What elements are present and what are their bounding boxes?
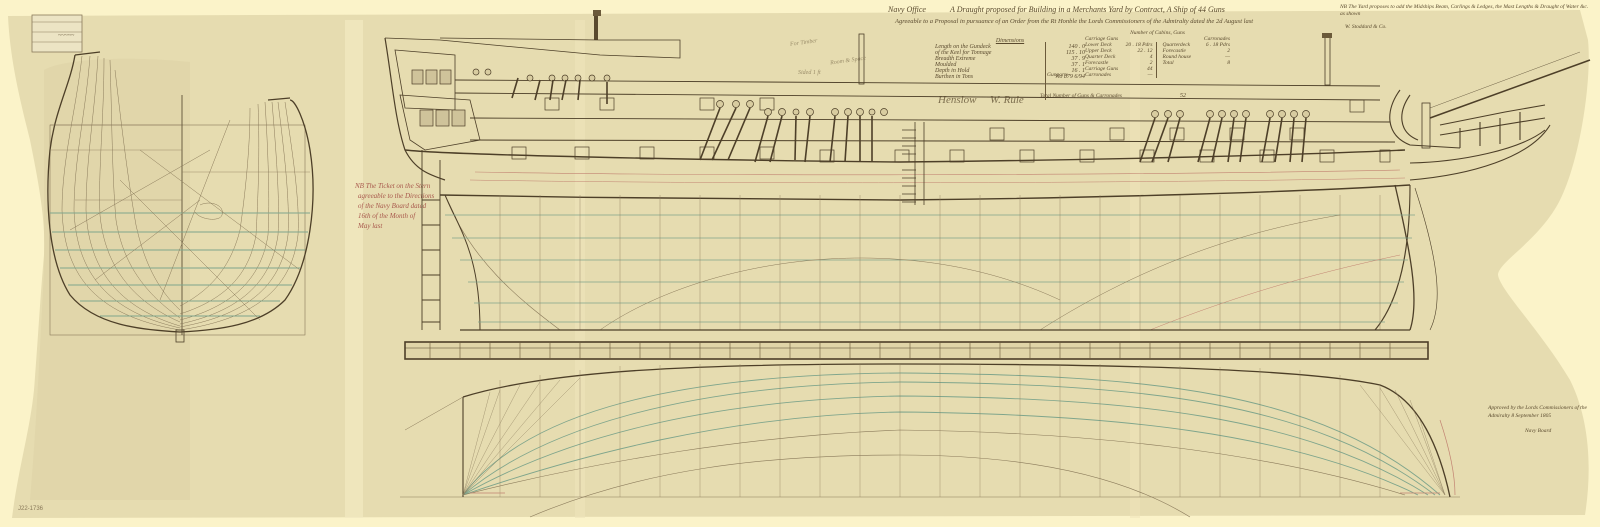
gun-row-value: — xyxy=(1148,72,1153,78)
approval-signature: Navy Board xyxy=(1525,428,1551,434)
table-divider xyxy=(1045,42,1046,100)
ship-draught-sheet: ~~~~~ xyxy=(0,0,1600,527)
svg-text:NB The Ticket on the Stern: NB The Ticket on the Stern xyxy=(354,182,431,190)
ship-draught-drawing: ~~~~~ xyxy=(0,0,1600,527)
upper-right-note-sub: W. Stoddard & Co. xyxy=(1345,24,1387,30)
guns-total-value: 52 xyxy=(1180,93,1186,99)
title-line-1: A Draught proposed for Building in a Mer… xyxy=(950,5,1225,14)
title-line-2: Agreeable to a Proposal in pursuance of … xyxy=(895,18,1253,25)
upper-right-note: NB The Yard proposes to add the Midships… xyxy=(1340,4,1590,18)
archive-stamp: ~~~~~ xyxy=(32,15,82,52)
guns-total-label: Total Number of Guns & Carronades xyxy=(1040,93,1122,99)
archive-number: J22-1736 xyxy=(18,506,43,512)
svg-text:agreeable to the Directions: agreeable to the Directions xyxy=(358,192,435,200)
signature-left: Henslow xyxy=(938,94,977,106)
pencil-note-3: Sided 1 ft xyxy=(798,70,821,76)
gun-row-value: 8 xyxy=(1227,60,1230,66)
svg-text:of the Navy Board dated: of the Navy Board dated xyxy=(358,202,427,210)
title-office: Navy Office xyxy=(888,5,926,14)
signature-right: W. Rule xyxy=(990,94,1024,106)
gun-row-label: Carronades xyxy=(1085,72,1111,78)
gunports-label: Gunports xyxy=(1047,72,1068,78)
dim-label: Burthen in Tons xyxy=(935,74,973,80)
scale-bar xyxy=(405,342,1428,359)
approval-note: Approved by the Lords Commissioners of t… xyxy=(1488,404,1598,420)
gun-row-label: Total xyxy=(1163,60,1174,66)
guns-table: Number of Cabins, Guns Carriage GunsCarr… xyxy=(1085,30,1230,78)
svg-text:May last: May last xyxy=(357,222,383,230)
svg-text:16th of the Month of: 16th of the Month of xyxy=(358,212,416,220)
svg-text:~~~~~: ~~~~~ xyxy=(58,33,75,39)
